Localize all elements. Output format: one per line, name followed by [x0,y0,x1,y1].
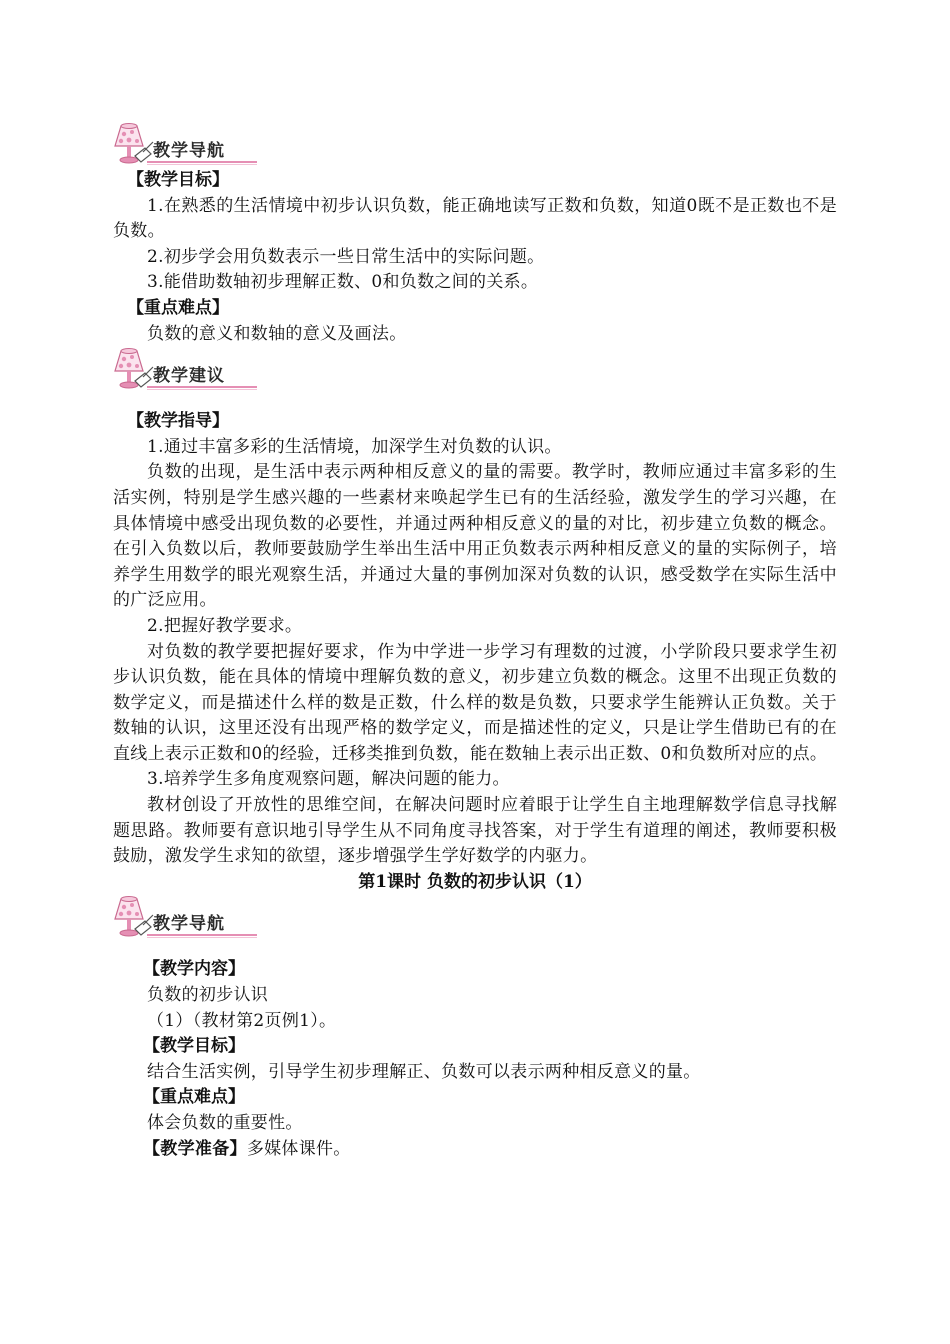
banner-underline [147,386,257,388]
heading-teaching-content: 【教学内容】 [113,957,837,983]
document-page: 教学导航 【教学目标】 1.在熟悉的生活情境中初步认识负数，能正确地读写正数和负… [113,122,837,1162]
banner-title: 教学导航 [153,136,225,161]
section-banner-teaching-nav: 教学导航 [113,122,263,168]
banner-underline-light [147,389,257,390]
guidance-title-2: 2.把握好教学要求。 [113,614,837,640]
banner-title: 教学导航 [153,909,225,934]
teaching-prep-line: 【教学准备】多媒体课件。 [113,1137,837,1163]
guidance-body-2: 对负数的教学要把握好要求，作为中学进一步学习有理数的过渡，小学阶段只要求学生初步… [113,640,837,768]
goal-item-2: 2.初步学会用负数表示一些日常生活中的实际问题。 [113,245,837,271]
banner-underline-light [147,164,257,165]
content-line-1: 负数的初步认识 [113,983,837,1009]
guidance-title-1: 1.通过丰富多彩的生活情境，加深学生对负数的认识。 [113,435,837,461]
goals-text-2: 结合生活实例，引导学生初步理解正、负数可以表示两种相反意义的量。 [113,1060,837,1086]
lesson-title: 第1课时 负数的初步认识（1） [113,870,837,896]
banner-underline [147,934,257,936]
teaching-prep-text: 多媒体课件。 [247,1139,351,1159]
goal-item-1: 1.在熟悉的生活情境中初步认识负数，能正确地读写正数和负数，知道0既不是正数也不… [113,194,837,245]
key-points-text: 负数的意义和数轴的意义及画法。 [113,322,837,348]
heading-key-points-2: 【重点难点】 [113,1085,837,1111]
banner-underline [147,161,257,163]
heading-teaching-prep: 【教学准备】 [143,1139,247,1159]
key-points-text-2: 体会负数的重要性。 [113,1111,837,1137]
heading-teaching-goals: 【教学目标】 [113,168,837,194]
heading-teaching-goals-2: 【教学目标】 [113,1034,837,1060]
guidance-body-1: 负数的出现，是生活中表示两种相反意义的量的需要。教学时，教师应通过丰富多彩的生活… [113,460,837,614]
content-line-2: （1）（教材第2页例1）。 [113,1009,837,1035]
heading-teaching-guidance: 【教学指导】 [113,409,837,435]
guidance-body-3: 教材创设了开放性的思维空间，在解决问题时应着眼于让学生自主地理解数学信息寻找解题… [113,793,837,870]
guidance-title-3: 3.培养学生多角度观察问题，解决问题的能力。 [113,767,837,793]
heading-key-points: 【重点难点】 [113,296,837,322]
section-banner-teaching-advice: 教学建议 [113,347,263,393]
section-banner-teaching-nav-2: 教学导航 [113,895,263,941]
goal-item-3: 3.能借助数轴初步理解正数、0和负数之间的关系。 [113,270,837,296]
banner-underline-light [147,937,257,938]
banner-title: 教学建议 [153,361,225,386]
